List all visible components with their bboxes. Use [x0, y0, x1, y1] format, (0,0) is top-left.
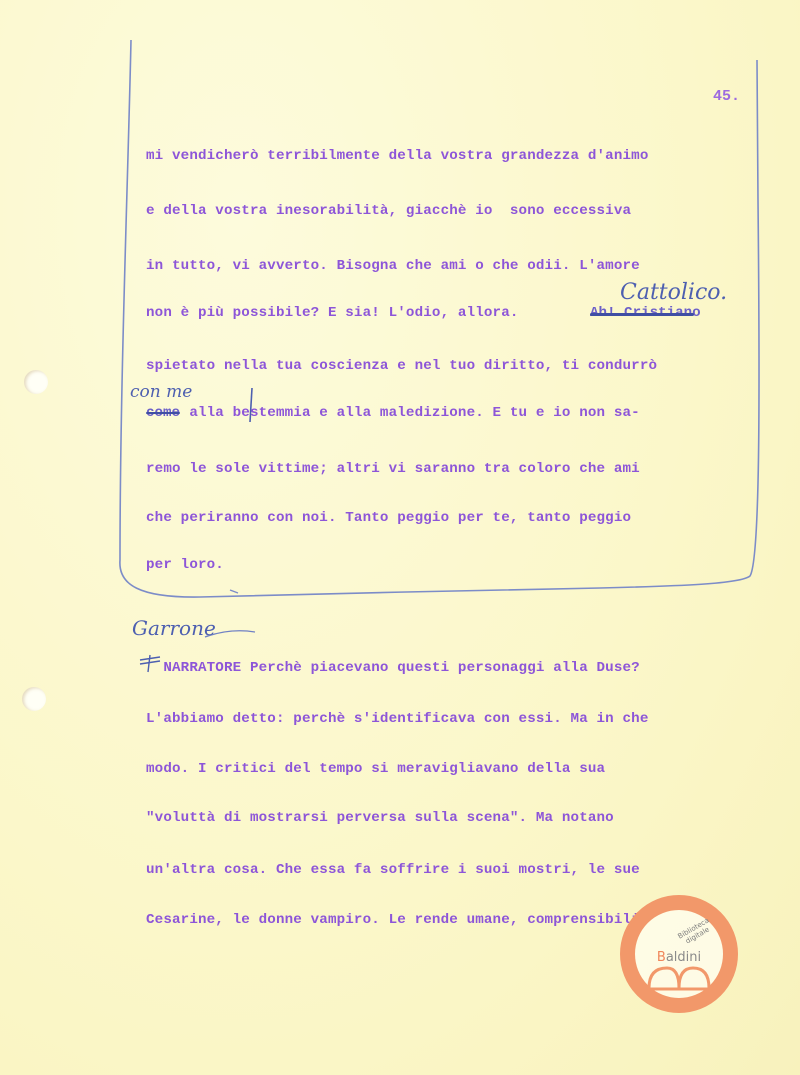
- handwritten-garrone: Garrone: [132, 616, 216, 640]
- text-line: "voluttà di mostrarsi perversa sulla sce…: [146, 810, 614, 826]
- text-line: L'abbiamo detto: perchè s'identificava c…: [146, 711, 649, 727]
- text-line: in tutto, vi avverto. Bisogna che ami o …: [146, 258, 640, 274]
- text-line: non è più possibile? E sia! L'odio, allo…: [146, 305, 527, 321]
- text-line: spietato nella tua coscienza e nel tuo d…: [146, 358, 657, 374]
- text-line: NARRATORE Perchè piacevano questi person…: [146, 660, 640, 676]
- text-line: e della vostra inesorabilità, giacchè io…: [146, 203, 631, 219]
- text-line: alla bestemmia e alla maledizione. E tu …: [146, 405, 640, 421]
- text-line: mi vendicherò terribilmente della vostra…: [146, 148, 649, 164]
- text-line: che periranno con noi. Tanto peggio per …: [146, 510, 631, 526]
- text-line: per loro.: [146, 557, 224, 573]
- document-page: 45. mi vendicherò terribilmente della vo…: [0, 0, 800, 1075]
- page-number: 45.: [713, 88, 740, 105]
- baldini-watermark-logo: Biblioteca digitale Baldini: [620, 895, 738, 1013]
- text-line: un'altra cosa. Che essa fa soffrire i su…: [146, 862, 640, 878]
- strike-line: [590, 313, 694, 316]
- handwritten-cattolico: Cattolico.: [620, 280, 727, 305]
- text-line: remo le sole vittime; altri vi saranno t…: [146, 461, 640, 477]
- book-arches-icon: [635, 910, 723, 998]
- handwritten-con-me: con me: [130, 382, 192, 402]
- text-line: Cesarine, le donne vampiro. Le rende uma…: [146, 912, 649, 928]
- text-line: modo. I critici del tempo si meravigliav…: [146, 761, 605, 777]
